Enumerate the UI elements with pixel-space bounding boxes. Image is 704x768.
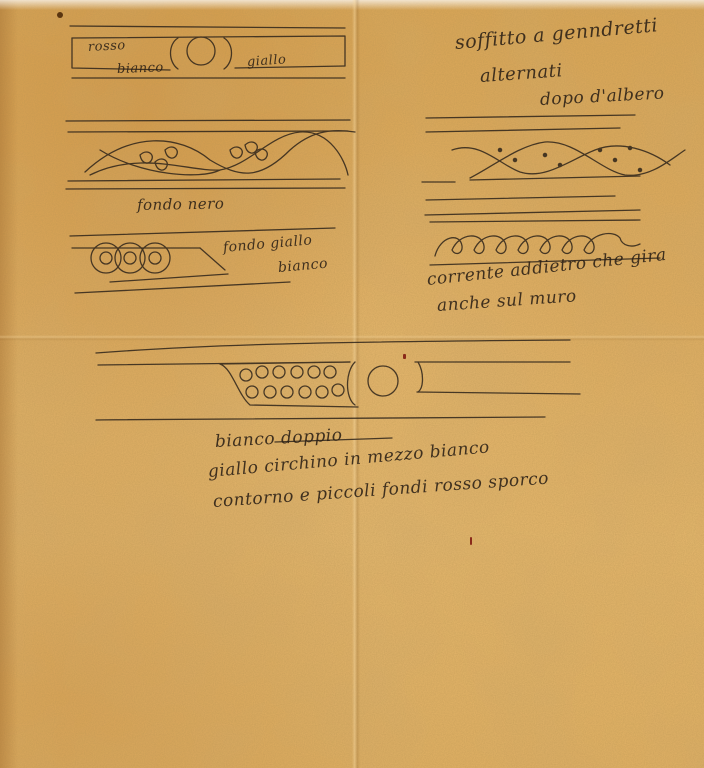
label-bianco: bianco [117,60,164,77]
sketch-band-2 [66,120,355,189]
sketch-band-4 [422,115,685,215]
label-giallo: giallo [246,52,286,70]
label-fondo-nero: fondo nero [137,194,225,214]
pencil-sketches [0,0,704,768]
sketch-band-6 [96,340,580,420]
label-rosso: rosso [88,38,126,55]
manuscript-page: rosso bianco giallo fondo nero fondo gia… [0,0,704,768]
